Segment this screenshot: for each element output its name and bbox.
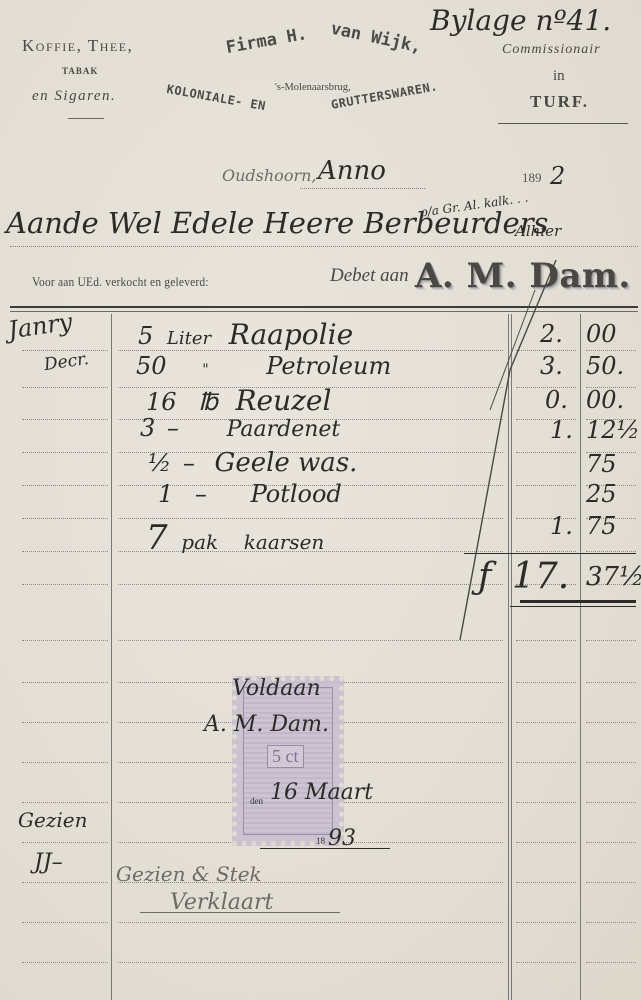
row-line (22, 387, 108, 388)
row-line (22, 584, 108, 585)
date-month-2: Decr. (43, 349, 90, 375)
row-line (22, 419, 108, 420)
row-line (22, 962, 108, 963)
row-line (22, 882, 108, 883)
item-row-4: 3 – Paardenet (140, 414, 340, 442)
item-row-2: 50 " Petroleum (136, 352, 391, 380)
amount-cents: 75 (586, 512, 617, 540)
amount-cents: 00. (586, 386, 624, 414)
date-dotted-line (300, 188, 425, 189)
row-line (22, 682, 108, 683)
item-row-3: 16 ℔ Reuzel (146, 384, 331, 417)
receipt-date: 16 Maart (270, 780, 373, 805)
item-unit: pak (181, 530, 218, 554)
item-description: Geele was. (215, 448, 358, 478)
receipt-signature: A. M. Dam. (204, 712, 329, 737)
item-description: Potlood (251, 480, 342, 508)
row-line (22, 485, 108, 486)
row-line (22, 762, 108, 763)
row-line (22, 350, 108, 351)
date-year-printed: 189 (522, 170, 542, 186)
row-line (586, 350, 636, 351)
item-unit: ℔ (198, 388, 218, 416)
row-line (586, 882, 636, 883)
margin-note-initials: JJ– (34, 850, 63, 875)
amount-cents: 50. (586, 352, 624, 380)
row-line (516, 842, 576, 843)
item-row-7: 7 pak kaarsen (146, 518, 324, 558)
row-line (586, 551, 636, 552)
item-qty: 16 (146, 388, 177, 416)
stamp-value: 5 ct (267, 745, 304, 768)
addressee-dotted-line (10, 246, 638, 247)
letterhead-sigaren: en Sigaren. (32, 88, 116, 105)
date-place: Oudshoorn, (222, 166, 316, 185)
row-line (516, 802, 576, 803)
letterhead-turf: TURF. (530, 92, 589, 112)
debet-label: Debet aan (330, 265, 409, 287)
row-line (118, 962, 503, 963)
receipt-underline (260, 848, 390, 849)
row-line (516, 762, 576, 763)
item-unit: – (183, 449, 195, 477)
row-line (586, 842, 636, 843)
date-month-1: Janry (6, 308, 74, 345)
row-line (516, 962, 576, 963)
row-line (586, 962, 636, 963)
letterhead-firma: Firma H. (225, 24, 309, 58)
item-unit: – (167, 414, 179, 442)
date-year-handwritten: 2 (550, 162, 565, 190)
margin-note-gezien: Gezien (18, 808, 87, 832)
row-line (22, 842, 108, 843)
ornament-left (68, 118, 104, 121)
row-line (22, 922, 108, 923)
amount-cents: 12½ (586, 416, 640, 444)
row-line (22, 640, 108, 641)
letterhead-koloniale: KOLONIALE- EN (166, 82, 267, 113)
revenue-stamp: 5 ct (232, 676, 344, 846)
item-unit: Liter (167, 328, 211, 349)
row-line (22, 551, 108, 552)
item-description: Petroleum (266, 352, 391, 380)
item-row-5: ½ – Geele was. (148, 448, 357, 478)
signature-line-1: Gezien & Stek (116, 862, 262, 886)
addressee-alhier: Alhier (515, 222, 561, 240)
letterhead-tabak: TABAK (62, 66, 98, 76)
row-line (22, 452, 108, 453)
amount-cents: 75 (586, 450, 617, 478)
row-line (586, 762, 636, 763)
row-line (22, 802, 108, 803)
item-unit: – (195, 480, 207, 508)
row-line (516, 882, 576, 883)
item-description: kaarsen (244, 530, 325, 554)
item-row-1: 5 Liter Raapolie (138, 318, 353, 351)
item-qty: 5 (138, 322, 153, 350)
item-qty: 1 (158, 480, 173, 508)
bylage-annotation: Bylage nº41. (430, 4, 611, 37)
row-line (586, 682, 636, 683)
column-divider-cents (580, 314, 581, 1000)
amount-cents: 00 (586, 320, 617, 348)
item-description: Paardenet (227, 417, 341, 442)
row-line (516, 922, 576, 923)
column-divider-date (111, 314, 112, 1000)
item-row-6: 1 – Potlood (158, 480, 342, 508)
row-line (586, 802, 636, 803)
row-line (118, 922, 503, 923)
item-unit: " (202, 362, 208, 378)
date-anno: Anno (318, 156, 386, 186)
letterhead-location: 's-Molenaarsbrug, (275, 82, 351, 93)
letterhead-koffie-thee: Koffie, Thee, (22, 36, 133, 56)
letterhead-van-wijk: van Wijk, (329, 19, 423, 58)
invoice-paper: Bylage nº41. Koffie, Thee, TABAK en Siga… (0, 0, 641, 1000)
row-line (586, 722, 636, 723)
amount-cents: 25 (586, 480, 617, 508)
item-qty: ½ (148, 449, 171, 477)
stamp-year-printed: 18 (316, 836, 325, 846)
ornament-right (498, 123, 628, 126)
strike-mark-icon (440, 260, 560, 650)
item-description: Raapolie (229, 318, 353, 351)
total-cents: 37½ (586, 562, 641, 592)
item-qty: 3 (140, 414, 155, 442)
row-line (516, 682, 576, 683)
letterhead-commissionair: Commissionair (502, 42, 601, 58)
subheading-sold-delivered: Voor aan UEd. verkocht en geleverd: (32, 275, 209, 290)
row-line (586, 922, 636, 923)
item-description: Reuzel (235, 384, 331, 417)
row-line (22, 518, 108, 519)
row-line (516, 722, 576, 723)
receipt-voldaan: Voldaan (232, 676, 321, 701)
item-qty: 50 (136, 352, 167, 380)
letterhead-in: in (553, 68, 565, 85)
item-qty: 7 (146, 518, 168, 558)
stamp-den-label: den (250, 796, 263, 806)
row-line (586, 640, 636, 641)
row-line (22, 722, 108, 723)
signature-underline (140, 912, 340, 913)
